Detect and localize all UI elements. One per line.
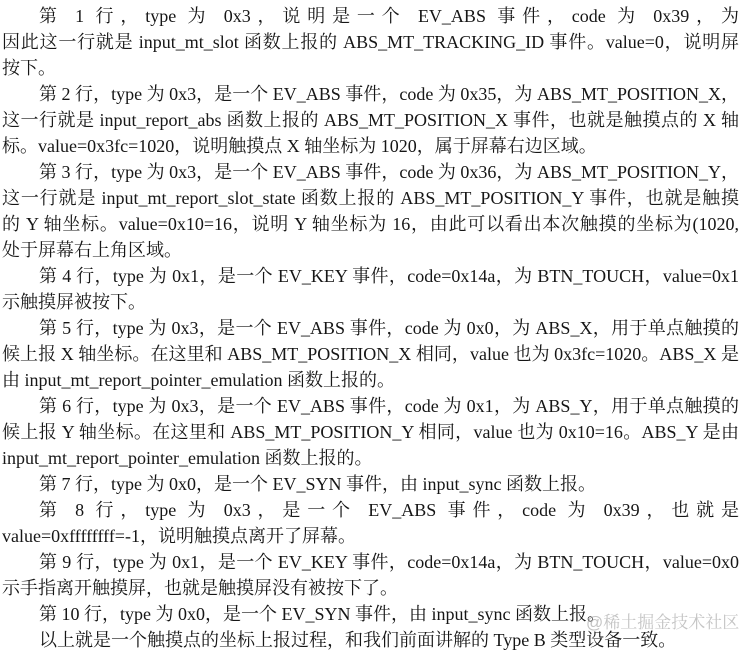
text-line: 候上报 Y 轴坐标。在这里和 ABS_MT_POSITION_Y 相同，valu… — [2, 419, 739, 445]
text-line: 第 2 行，type 为 0x3，是一个 EV_ABS 事件，code 为 0x… — [2, 81, 739, 107]
text-line: 标。value=0x3fc=1020，说明触摸点 X 轴坐标为 1020，属于屏… — [2, 133, 739, 159]
text-line: 第 3 行，type 为 0x3，是一个 EV_ABS 事件，code 为 0x… — [2, 159, 739, 185]
text-line: value=0xffffffff=-1，说明触摸点离开了屏幕。 — [2, 523, 739, 549]
text-line: 候上报 X 轴坐标。在这里和 ABS_MT_POSITION_X 相同，valu… — [2, 341, 739, 367]
text-line: 第 1 行，type 为 0x3，说明是一个 EV_ABS 事件，code 为 … — [2, 3, 739, 29]
text-line: 第 9 行，type 为 0x1，是一个 EV_KEY 事件，code=0x14… — [2, 549, 739, 575]
text-line: 第 8 行，type 为 0x3，是一个 EV_ABS 事件，code 为 0x… — [2, 497, 739, 523]
text-line: 因此这一行就是 input_mt_slot 函数上报的 ABS_MT_TRACK… — [2, 29, 739, 55]
text-line: 以上就是一个触摸点的坐标上报过程，和我们前面讲解的 Type B 类型设备一致。 — [2, 627, 739, 653]
text-line: 这一行就是 input_report_abs 函数上报的 ABS_MT_POSI… — [2, 107, 739, 133]
document-page: { "page": { "background": "#ffffff", "te… — [0, 0, 744, 654]
text-line: 由 input_mt_report_pointer_emulation 函数上报… — [2, 367, 739, 393]
text-line: 按下。 — [2, 55, 739, 81]
text-line: 第 4 行，type 为 0x1，是一个 EV_KEY 事件，code=0x14… — [2, 263, 739, 289]
text-line: 这一行就是 input_mt_report_slot_state 函数上报的 A… — [2, 185, 739, 211]
text-line: input_mt_report_pointer_emulation 函数上报的。 — [2, 445, 739, 471]
text-line: 第 10 行，type 为 0x0，是一个 EV_SYN 事件，由 input_… — [2, 601, 739, 627]
text-line: 示触摸屏被按下。 — [2, 289, 739, 315]
text-line: 的 Y 轴坐标。value=0x10=16，说明 Y 轴坐标为 16，由此可以看… — [2, 211, 739, 237]
text-line: 第 5 行，type 为 0x3，是一个 EV_ABS 事件，code 为 0x… — [2, 315, 739, 341]
document-body: 第 1 行，type 为 0x3，说明是一个 EV_ABS 事件，code 为 … — [0, 0, 744, 653]
text-line: 第 7 行，type 为 0x0，是一个 EV_SYN 事件，由 input_s… — [2, 471, 739, 497]
text-line: 处于屏幕右上角区域。 — [2, 237, 739, 263]
text-line: 示手指离开触摸屏，也就是触摸屏没有被按下了。 — [2, 575, 739, 601]
text-line: 第 6 行，type 为 0x3，是一个 EV_ABS 事件，code 为 0x… — [2, 393, 739, 419]
